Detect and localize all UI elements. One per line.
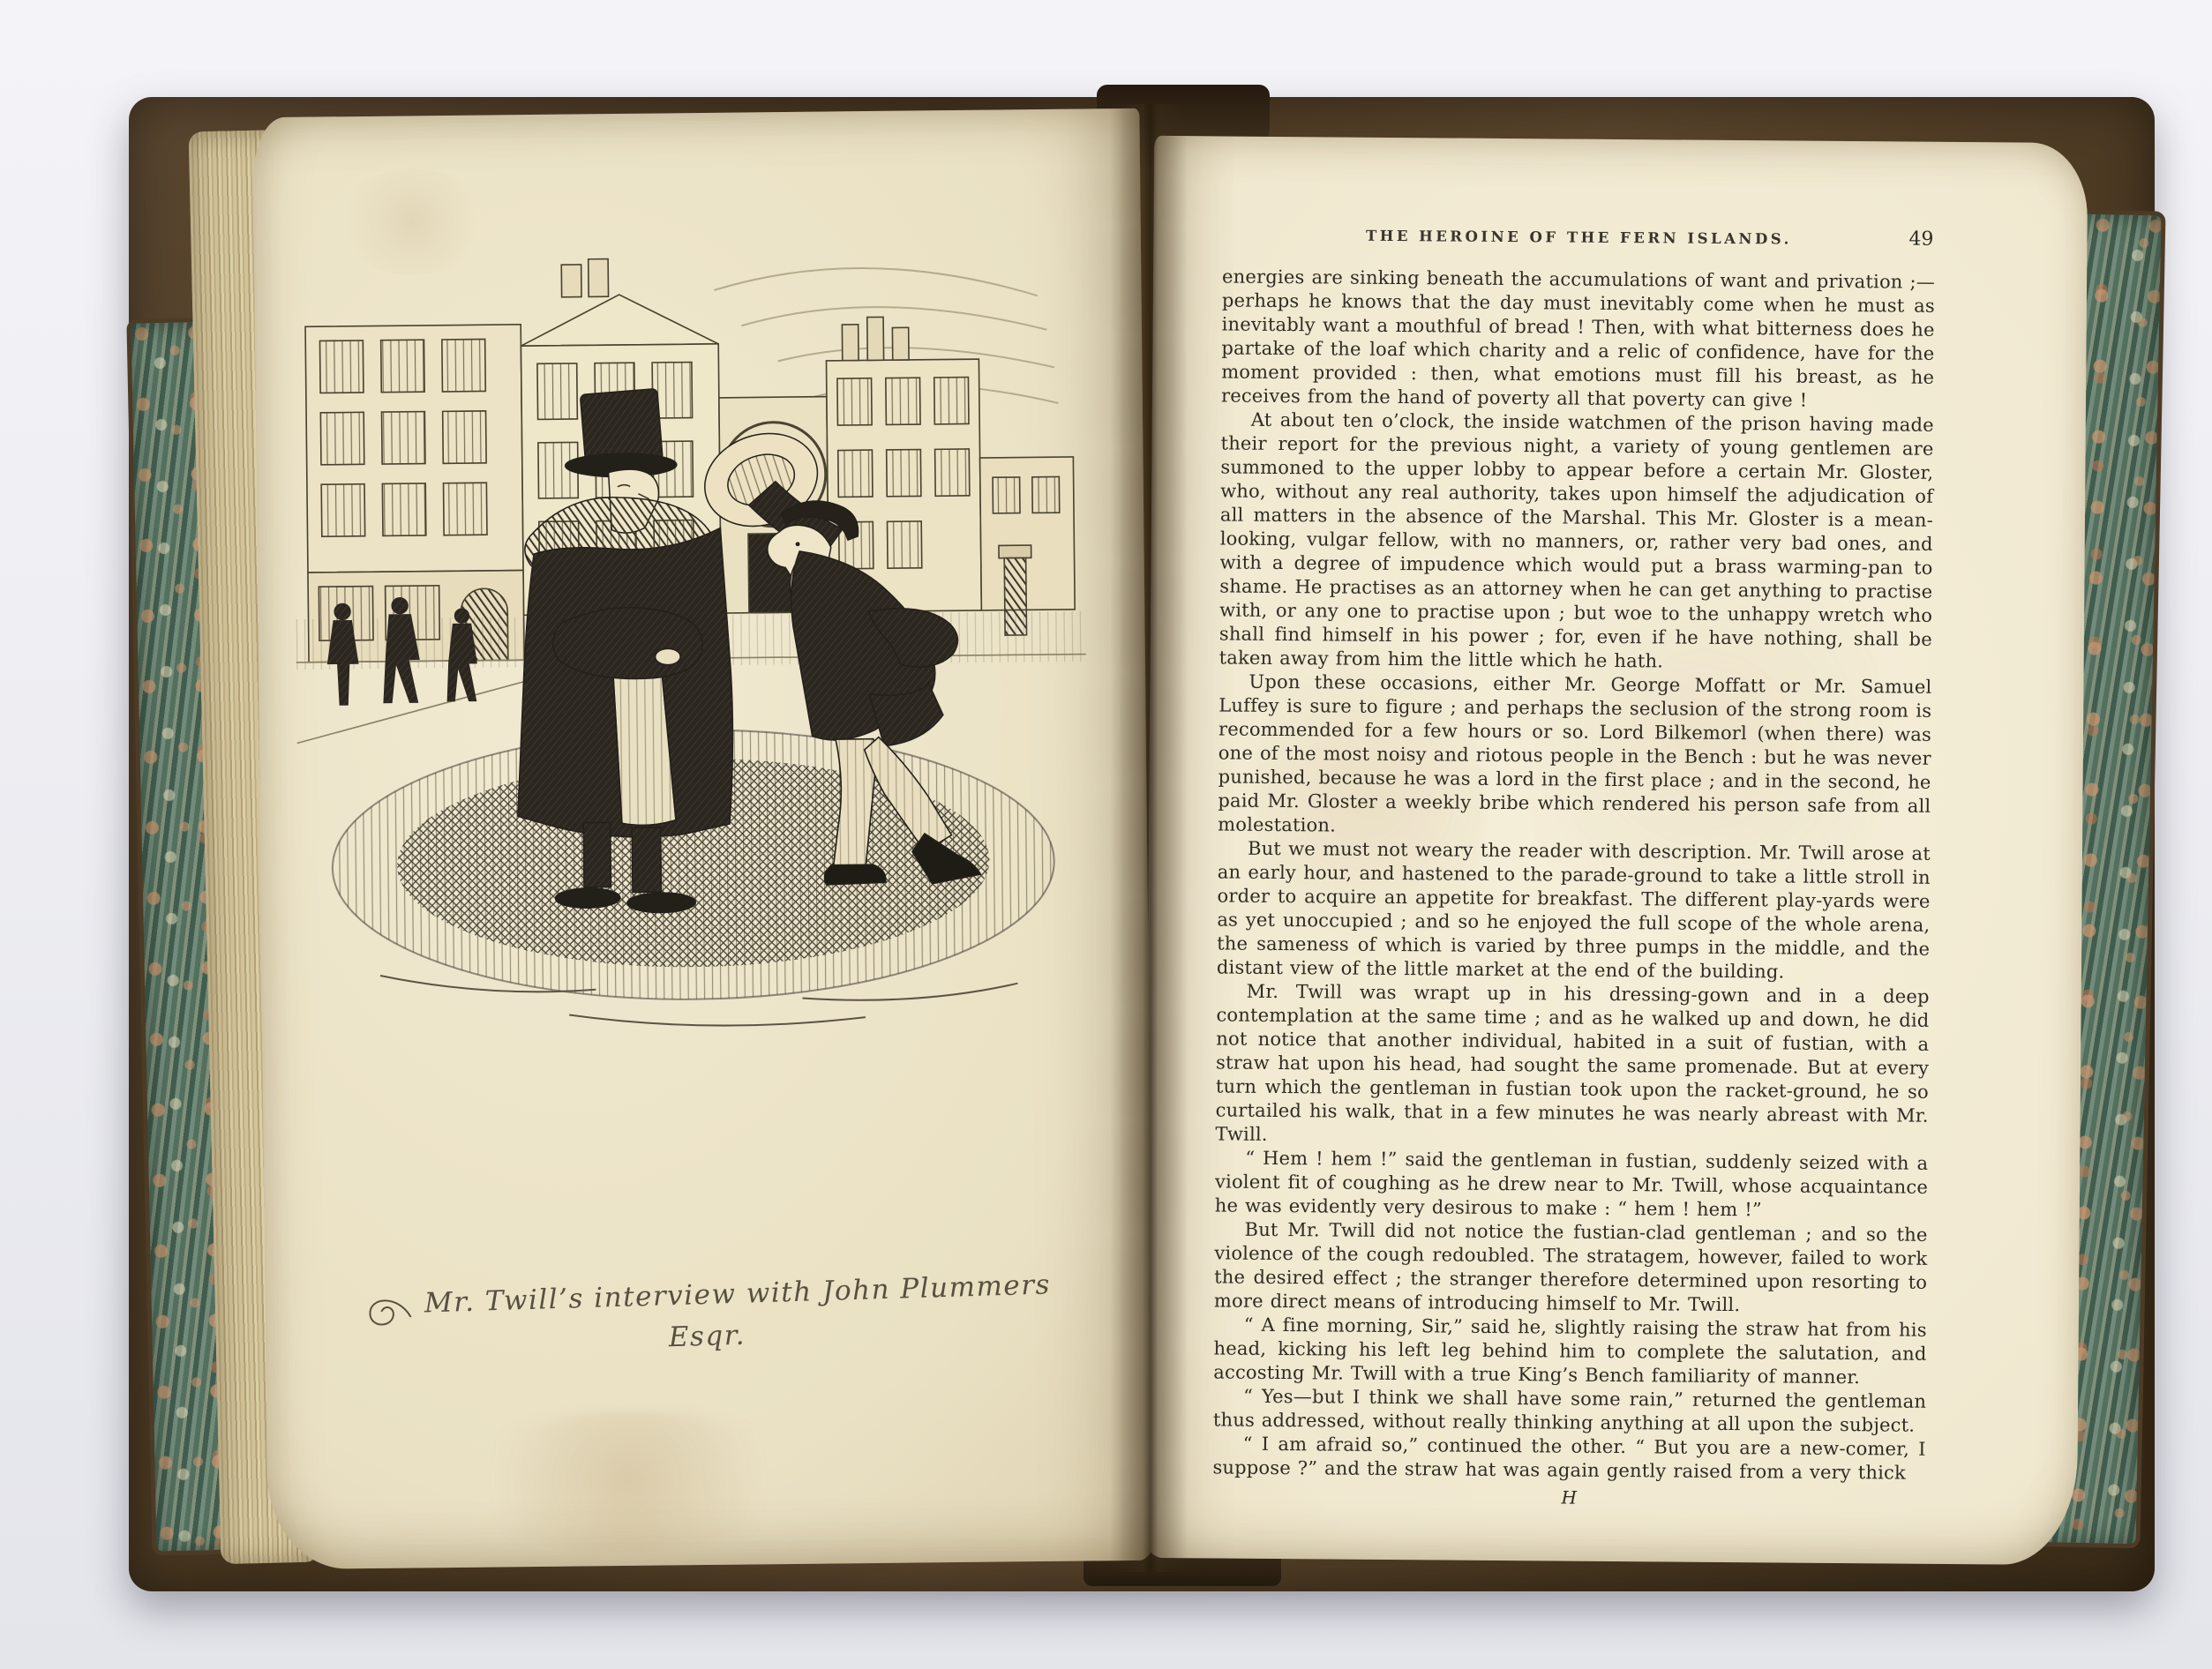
book-gutter-shadow <box>1110 104 1188 1572</box>
illustration-caption-row: Mr. Twill’s interview with John Plummers… <box>318 1268 1096 1364</box>
running-header: THE HEROINE OF THE FERN ISLANDS. 49 <box>1222 226 1935 248</box>
body-paragraph: “ Yes—but I think we shall have some rai… <box>1213 1384 1926 1437</box>
body-paragraph: At about ten o’clock, the inside watchme… <box>1219 408 1934 675</box>
body-paragraph: Upon these occasions, either Mr. George … <box>1218 670 1931 842</box>
body-paragraph: Mr. Twill was wrapt up in his dressing-g… <box>1215 979 1929 1151</box>
running-title: THE HEROINE OF THE FERN ISLANDS. <box>1222 226 1935 248</box>
photograph-of-open-book: { "colors": { "background": "#ededf2", "… <box>0 0 2212 1669</box>
page-number: 49 <box>1908 228 1933 251</box>
body-paragraph: But Mr. Twill did not notice the fustian… <box>1214 1217 1928 1318</box>
flourish-icon <box>361 1288 416 1330</box>
page-text-column: energies are sinking beneath the accumul… <box>1212 265 1935 1510</box>
body-paragraph: “ Hem ! hem !” said the gentleman in fus… <box>1215 1146 1929 1223</box>
engraving-illustration <box>288 232 1097 1281</box>
gathering-signature-mark: H <box>1212 1484 1925 1510</box>
body-paragraph: “ I am afraid so,” continued the other. … <box>1212 1432 1925 1485</box>
body-paragraph: energies are sinking beneath the accumul… <box>1221 265 1935 413</box>
illustration-caption: Mr. Twill’s interview with John Plummers… <box>424 1269 1051 1352</box>
right-page: THE HEROINE OF THE FERN ISLANDS. 49 ener… <box>1143 136 2088 1565</box>
body-paragraph: But we must not weary the reader with de… <box>1217 836 1931 984</box>
left-page: Mr. Twill’s interview with John Plummers… <box>252 109 1154 1569</box>
foxing-spot <box>443 1409 815 1553</box>
body-paragraph: “ A fine morning, Sir,” said he, slightl… <box>1213 1313 1927 1389</box>
